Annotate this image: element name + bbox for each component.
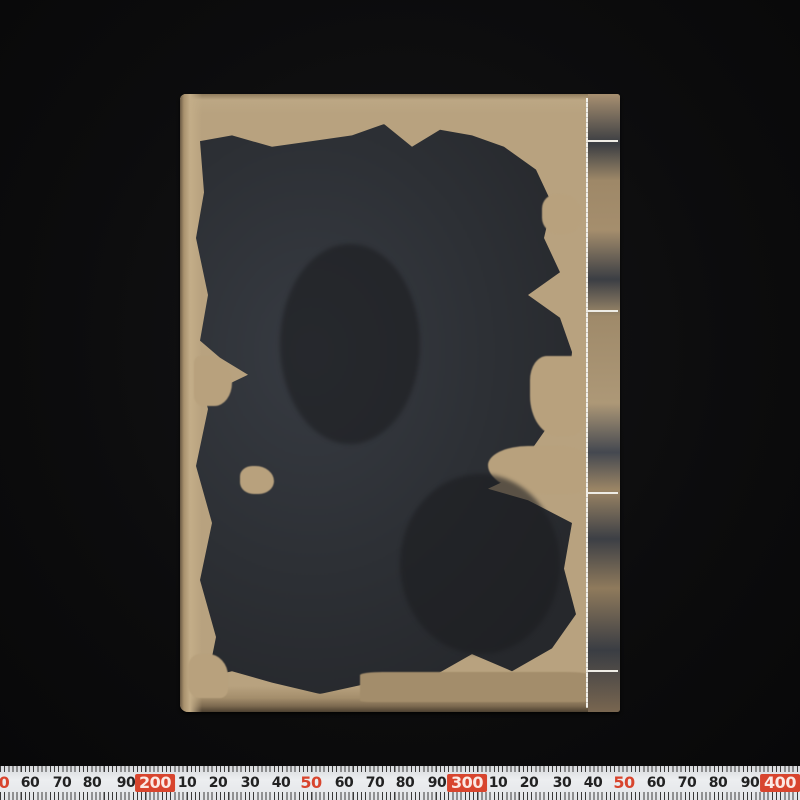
ruler-label: 80 [709,774,727,792]
ruler-label: 70 [678,774,696,792]
ruler-label: 80 [396,774,414,792]
ruler-label: 90 [117,774,135,792]
ruler-label: 10 [178,774,196,792]
ruler-label: 10 [489,774,507,792]
worn-patch [530,356,586,436]
ruler-label: 90 [741,774,759,792]
binding-thread [586,98,588,708]
ruler-label: 200 [135,774,175,792]
binding-stitch-1 [586,140,618,142]
ruler-label: 90 [428,774,446,792]
ruler-label: 30 [553,774,571,792]
ruler-label: 70 [366,774,384,792]
spine-binding-margin [588,94,620,712]
ruler-label: 40 [584,774,602,792]
ruler-label: 40 [272,774,290,792]
worn-patch [240,466,274,494]
ruler-label: 60 [335,774,353,792]
binding-stitch-4 [586,670,618,672]
ruler-label: 60 [647,774,665,792]
ruler-label: 70 [53,774,71,792]
ruler-label: 20 [209,774,227,792]
worn-patch [542,194,582,234]
ruler-label: 400 [760,774,800,792]
worn-patch [188,654,228,698]
ruler-ticks-bottom [0,792,800,800]
ruler-ticks-top [0,766,800,774]
ruler-label: 60 [21,774,39,792]
ruler-label: 50 [300,774,321,792]
ruler-label: 0 [0,774,9,792]
worn-patch [194,356,232,406]
binding-stitch-2 [586,310,618,312]
stain [400,474,560,654]
binding-stitch-3 [586,492,618,494]
ruler-label: 300 [447,774,487,792]
ruler-label: 50 [613,774,634,792]
book [180,94,620,712]
ruler-label: 20 [520,774,538,792]
ruler-label: 30 [241,774,259,792]
worn-patch [360,672,590,702]
measurement-ruler: 0607080902001020304050607080903001020304… [0,766,800,800]
ruler-label: 80 [83,774,101,792]
stain [280,244,420,444]
